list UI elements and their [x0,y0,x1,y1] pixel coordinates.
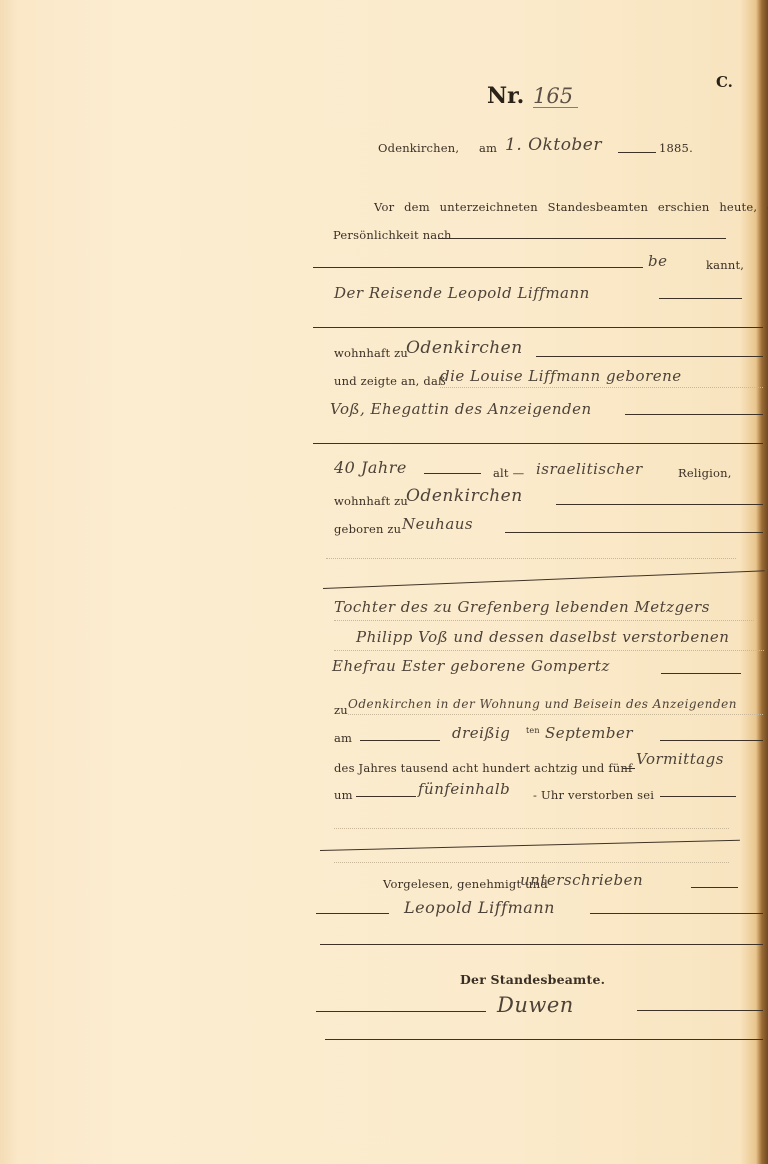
time-um-label: um [334,788,353,802]
personality-label: Persönlichkeit nach [333,228,452,242]
death-date-rule-right [660,740,763,741]
signed-hand: unterschrieben [520,871,643,889]
number-value: 165 [533,84,573,108]
parentage-rule-3 [661,673,741,674]
residence-rule [536,356,763,357]
residence2-rule [556,504,763,505]
signed-rule [691,887,738,888]
death-place-hand: Odenkirchen in der Wohnung und Beisein d… [348,697,737,711]
declarant-signature: Leopold Liffmann [404,898,555,917]
register-letter: C. [716,73,733,91]
personality-rule [438,238,726,239]
parentage-line-3: Ehefrau Ester geborene Gompertz [332,657,610,675]
time-rule-left [356,796,416,797]
parentage-line-2: Philipp Voß und dessen daselbst verstorb… [356,628,729,646]
time-of-day-hand: Vormittags [636,750,724,768]
death-month-hand: September [545,724,633,742]
age-label: alt — [493,466,524,480]
parentage-line-1: Tochter des zu Grefenberg lebenden Metzg… [334,598,710,616]
section-divider-5 [320,944,763,945]
date-handwritten: 1. Oktober [505,135,602,155]
birthplace-rule [505,532,763,533]
death-statement: - Uhr verstorben sei [533,788,654,802]
residence-label: wohnhaft zu [334,346,408,360]
registrar-rule-left [316,1011,486,1012]
death-day-hand: dreißig [452,724,510,742]
known-label: kannt, [706,258,744,272]
date-rule [618,152,656,153]
blank-rule-1 [326,558,736,559]
residence2-label: wohnhaft zu [334,494,408,508]
deceased-rule [440,387,763,388]
death-date-label: am [334,731,352,745]
death-place-rule [348,714,763,715]
section-divider-6 [325,1039,763,1040]
number-underline [533,107,578,108]
parentage-rule-1 [334,620,754,621]
relation-rule [625,414,763,415]
appearance-sentence: Vor dem unterzeichneten Standesbeamten e… [374,200,768,214]
blank-rule-3 [334,862,729,863]
blank-rule-2 [334,828,729,829]
registrar-rule-right [637,1010,763,1011]
section-divider-3 [323,570,765,589]
birthplace-label: geboren zu [334,522,401,536]
residence-hand: Odenkirchen [406,338,523,358]
declarant-name: Der Reisende Leopold Liffmann [334,284,590,302]
deceased-relation: Voß, Ehegattin des Anzeigenden [330,400,592,418]
death-date-rule-left [360,740,440,741]
number-label: Nr. [487,83,524,109]
religion-hand: israelitischer [536,460,643,478]
time-hand: fünfeinhalb [418,780,510,798]
time-rule-right [660,796,736,797]
birthplace-hand: Neuhaus [402,515,473,533]
section-divider-1 [313,327,763,328]
section-divider-2 [313,443,763,444]
registrar-title: Der Standesbeamte. [460,972,605,987]
announced-label: und zeigte an, daß [334,374,446,388]
religion-label: Religion, [678,466,732,480]
declarant-rule [659,298,742,299]
age-hand: 40 Jahre [334,458,407,477]
residence2-hand: Odenkirchen [406,486,523,506]
year-printed: 1885. [659,141,693,155]
register-page: C. Nr. 165 Odenkirchen, am 1. Oktober 18… [0,0,768,1164]
declarant-signature-rule-left [316,913,389,914]
death-place-label: zu [334,703,348,717]
identification-hand: be [648,252,667,270]
section-divider-4 [320,840,740,851]
deceased-name: die Louise Liffmann geborene [440,367,682,385]
death-day-suffix: ten [526,726,540,735]
death-year-label: des Jahres tausend acht hundert achtzig … [334,761,632,775]
identification-rule [313,267,643,268]
age-rule [424,473,481,474]
place-printed: Odenkirchen, [378,141,459,155]
parentage-rule-2 [334,650,764,651]
declarant-signature-rule-right [590,913,763,914]
registrar-signature: Duwen [497,993,574,1017]
date-prefix: am [479,141,497,155]
death-year-rule [623,768,635,769]
